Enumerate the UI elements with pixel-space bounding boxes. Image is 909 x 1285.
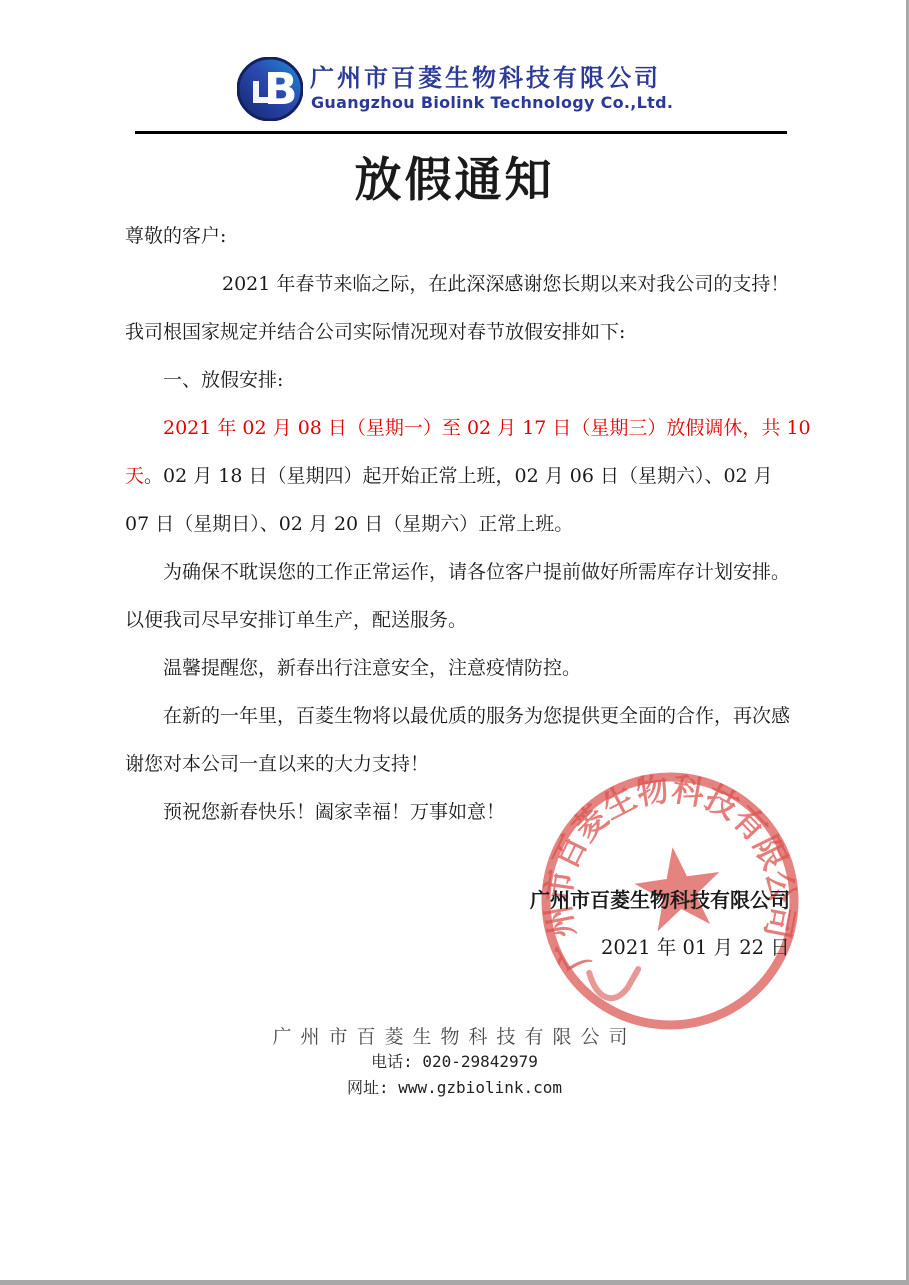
header-company-name-en: Guangzhou Biolink Technology Co.,Ltd. [311, 93, 673, 112]
body-text-segment: 预祝您新春快乐！阖家幸福！万事如意！ [163, 801, 505, 823]
body-text-segment: 谢您对本公司一直以来的大力支持！ [125, 753, 429, 775]
body-text-segment: 在新的一年里，百菱生物将以最优质的服务为您提供更全面的合作，再次感 [163, 705, 790, 727]
lb-monogram-icon: B [264, 64, 298, 115]
body-line: 在新的一年里，百菱生物将以最优质的服务为您提供更全面的合作，再次感 [125, 692, 805, 740]
header-divider [135, 131, 787, 134]
footer-company-name: 广州市百菱生物科技有限公司 [0, 1022, 909, 1049]
notice-body: 尊敬的客户: 2021 年春节来临之际，在此深深感谢您长期以来对我公司的支持！ … [125, 212, 805, 836]
signature-date: 2021 年 01 月 22 日 [601, 932, 790, 960]
body-text-segment: 温馨提醒您，新春出行注意安全，注意疫情防控。 [163, 657, 581, 679]
holiday-dates-text: 2021 年 02 月 08 日（星期一）至 02 月 17 日（星期三）放假调… [163, 417, 811, 439]
body-text-segment: 一、放假安排: [163, 369, 283, 391]
footer-website: 网址: www.gzbiolink.com [0, 1075, 909, 1098]
body-text-segment: 07 日（星期日）、02 月 20 日（星期六）正常上班。 [125, 513, 573, 535]
body-line: 我司根国家规定并结合公司实际情况现对春节放假安排如下: [125, 308, 805, 356]
body-line-holiday-dates: 2021 年 02 月 08 日（星期一）至 02 月 17 日（星期三）放假调… [125, 404, 805, 452]
body-text-segment: 我司根国家规定并结合公司实际情况现对春节放假安排如下: [125, 321, 625, 343]
body-text-segment: 2021 年春节来临之际，在此深深感谢您长期以来对我公司的支持！ [222, 273, 789, 295]
body-line: 为确保不耽误您的工作正常运作，请各位客户提前做好所需库存计划安排。 [125, 548, 805, 596]
body-line: 天。02 月 18 日（星期四）起开始正常上班，02 月 06 日（星期六）、0… [125, 452, 805, 500]
body-line: 2021 年春节来临之际，在此深深感谢您长期以来对我公司的支持！ [125, 260, 805, 308]
body-line: 温馨提醒您，新春出行注意安全，注意疫情防控。 [125, 644, 805, 692]
seal-tail-stroke-icon [589, 966, 641, 1001]
header-company-name-cn: 广州市百菱生物科技有限公司 [310, 58, 661, 93]
body-line: 一、放假安排: [125, 356, 805, 404]
page-title: 放假通知 [0, 143, 909, 210]
body-line: 尊敬的客户: [125, 212, 805, 260]
signature-company: 广州市百菱生物科技有限公司 [530, 884, 790, 913]
body-text-segment: 尊敬的客户: [125, 225, 226, 247]
footer-phone: 电话: 020-29842979 [0, 1049, 909, 1072]
body-text-segment: 为确保不耽误您的工作正常运作，请各位客户提前做好所需库存计划安排。 [163, 561, 790, 583]
body-line: 以便我司尽早安排订单生产，配送服务。 [125, 596, 805, 644]
company-logo: B [237, 57, 303, 121]
body-line: 07 日（星期日）、02 月 20 日（星期六）正常上班。 [125, 500, 805, 548]
document-page: B 广州市百菱生物科技有限公司 Guangzhou Biolink Techno… [0, 0, 909, 1285]
body-text-segment: 以便我司尽早安排订单生产，配送服务。 [125, 609, 467, 631]
holiday-dates-text: 天 [125, 465, 144, 487]
body-text-segment: 。02 月 18 日（星期四）起开始正常上班，02 月 06 日（星期六）、02… [144, 465, 773, 487]
